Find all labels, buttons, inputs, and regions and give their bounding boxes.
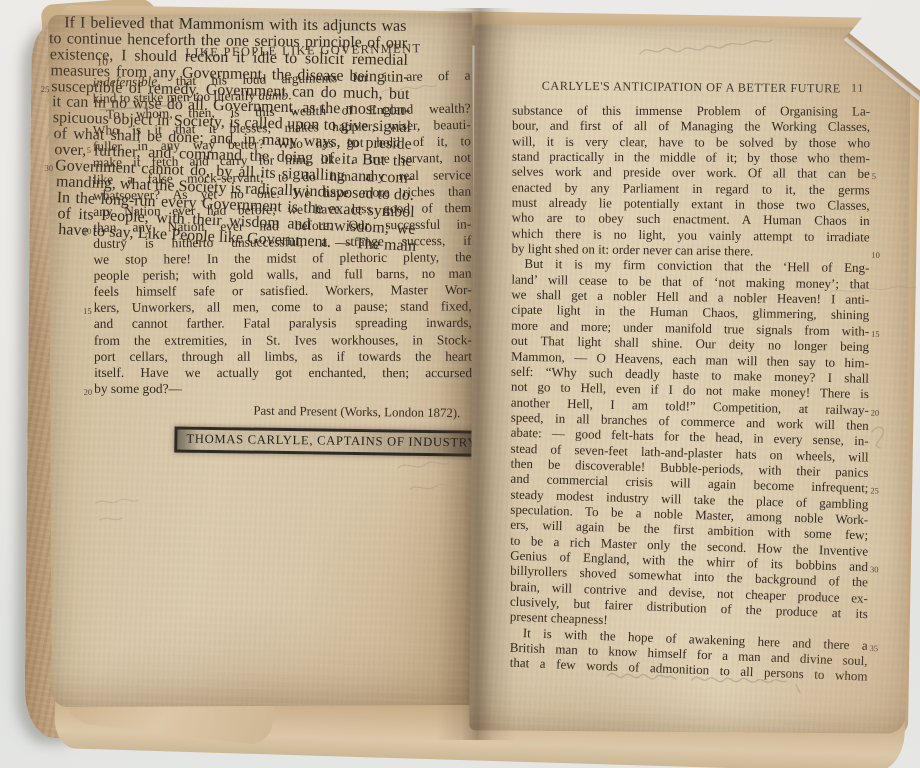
- line-text: and cannot farther. Fatal paralysis spre…: [94, 315, 472, 332]
- text-line: itself. Have we actually got enchanted, …: [94, 365, 472, 381]
- running-head: CARLYLE'S ANTICIPATION OF A BETTER FUTUR…: [512, 78, 870, 96]
- margin-line-number: [870, 625, 885, 626]
- margin-line-number: 15: [77, 303, 92, 319]
- margin-line-number: 15: [871, 326, 886, 342]
- citation: Past and Present (Works, London 1872).: [94, 402, 460, 421]
- margin-line-number: 25: [34, 81, 49, 97]
- margin-line-number: [870, 672, 885, 673]
- text-line: 15kers, Unworkers, all men, come to a pa…: [94, 299, 472, 317]
- line-text: by some god?—: [94, 381, 472, 398]
- margin-line-number: 20: [871, 405, 886, 421]
- line-text: bour, and first of all of Managing the W…: [512, 118, 870, 135]
- margin-line-number: 35: [869, 640, 885, 656]
- line-text: substance of this immense Problem of Org…: [512, 103, 870, 119]
- left-page: 10 LIKE PEOPLE LIKE GOVERNMENT indefensi…: [48, 13, 476, 707]
- margin-line-number: [870, 609, 885, 610]
- margin-line-number: [870, 593, 885, 594]
- text-line: will, it is very clear, have to be solve…: [512, 133, 870, 150]
- text-line: substance of this immense Problem of Org…: [512, 103, 870, 119]
- line-text: feels himself safe or satisfied. Workers…: [94, 282, 472, 300]
- line-text: kers, Unworkers, all men, come to a paus…: [94, 299, 472, 317]
- margin-line-number: 30: [870, 562, 885, 578]
- book-photo: 10 LIKE PEOPLE LIKE GOVERNMENT indefensi…: [0, 0, 920, 768]
- margin-line-number: 5: [872, 169, 887, 184]
- right-page-text: substance of this immense Problem of Org…: [508, 103, 870, 674]
- margin-line-number: 25: [870, 483, 885, 499]
- margin-line-number: 20: [77, 383, 92, 399]
- right-page-header: CARLYLE'S ANTICIPATION OF A BETTER FUTUR…: [512, 78, 870, 96]
- page-number: 11: [851, 83, 864, 95]
- text-line: and cannot farther. Fatal paralysis spre…: [94, 315, 472, 332]
- line-text: from the extremities, in St. Ives workho…: [94, 332, 472, 349]
- margin-line-number: 30: [38, 160, 54, 176]
- line-text: port cellars, through all limbs, as if t…: [94, 348, 472, 364]
- text-line: from the extremities, in St. Ives workho…: [94, 332, 472, 349]
- excerpt-captains-of-industry: If I believed that Mammonism with its ad…: [48, 13, 407, 237]
- text-line: 20by some god?—: [94, 381, 472, 398]
- margin-line-number: 10: [871, 247, 886, 263]
- line-text: itself. Have we actually got enchanted, …: [94, 365, 472, 381]
- text-line: port cellars, through all limbs, as if t…: [94, 348, 472, 364]
- line-text: will, it is very clear, have to be solve…: [512, 133, 870, 150]
- right-page: CARLYLE'S ANTICIPATION OF A BETTER FUTUR…: [469, 24, 911, 733]
- boxed-section-heading: THOMAS CARLYLE, CAPTAINS OF INDUSTRY: [174, 426, 489, 456]
- text-line: feels himself safe or satisfied. Workers…: [94, 282, 472, 300]
- text-line: bour, and first of all of Managing the W…: [512, 118, 870, 135]
